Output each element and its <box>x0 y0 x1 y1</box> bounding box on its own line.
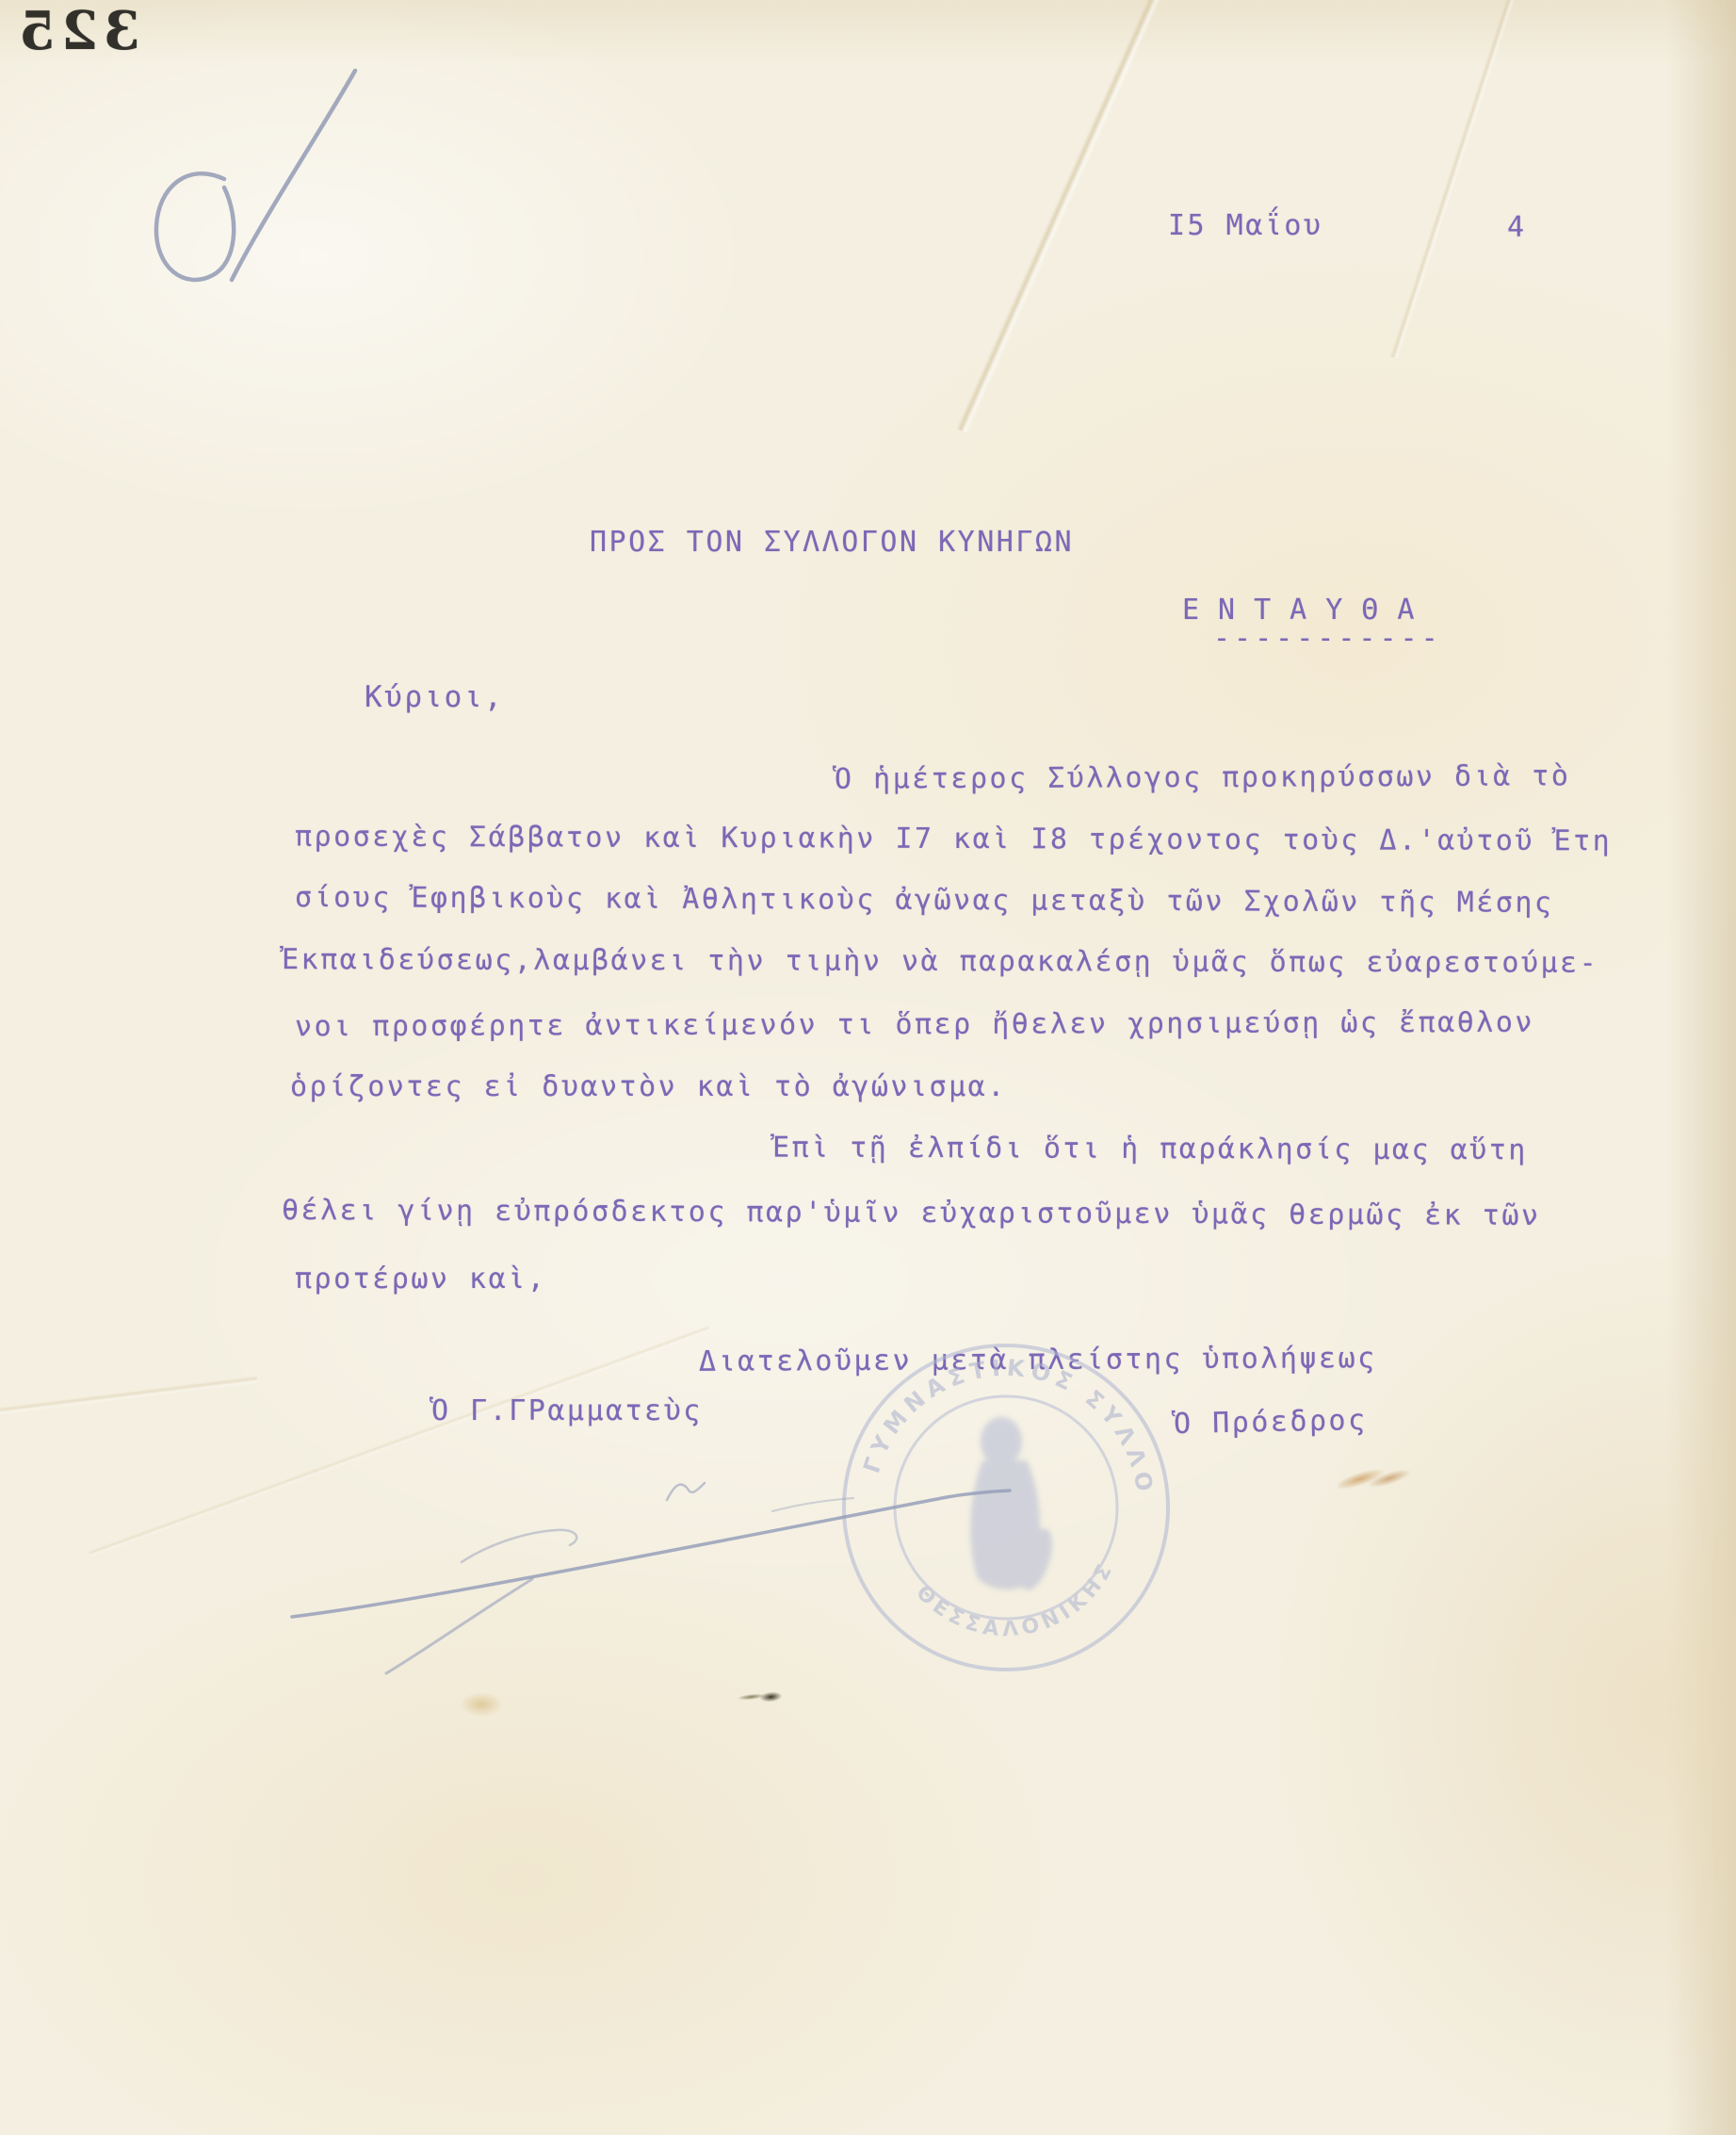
body-line: προτέρων καὶ, <box>295 1263 546 1296</box>
handwritten-signature <box>245 1451 1017 1715</box>
signature-title-president: Ὁ Πρόεδρος <box>1174 1404 1368 1441</box>
location-underline: ----------- <box>1213 622 1442 655</box>
body-line: θέλει γίνῃ εὐπρόσδεκτος παρ'ὑμῖν εὐχαρισ… <box>282 1194 1541 1232</box>
ink-smudge <box>1333 1449 1420 1507</box>
paper-crease <box>1389 0 1520 359</box>
scanned-letter-page: 325 I5 Μαΐου 4 ΠΡΟΣ ΤΟΝ ΣΥΛΛΟΓΟΝ ΚΥΝΗΓΩΝ… <box>0 0 1736 2135</box>
body-line: νοι προσφέρητε ἀντικείμενόν τι ὅπερ ἤθελ… <box>295 1006 1534 1044</box>
letter-date-number: 4 <box>1507 211 1524 244</box>
letter-date: I5 Μαΐου <box>1168 209 1323 242</box>
paper-stain <box>460 1692 503 1717</box>
body-line: Ἐκπαιδεύσεως,λαμβάνει τὴν τιμὴν νὰ παρακ… <box>282 943 1598 980</box>
body-line: ὁρίζοντες εἰ δυαντὸν καὶ τὸ ἀγώνισμα. <box>290 1070 1007 1103</box>
recipient-line: ΠΡΟΣ ΤΟΝ ΣΥΛΛΟΓΟΝ ΚΥΝΗΓΩΝ <box>590 526 1074 559</box>
signature-title-secretary: Ὁ Γ.ΓΡαμματεὺς <box>431 1394 703 1427</box>
paper-crease <box>956 0 1167 433</box>
body-line: Ἐπὶ τῇ ἐλπίδι ὅτι ἡ παράκλησίς μας αὕτη <box>772 1132 1528 1167</box>
pencil-check-mark <box>0 0 396 320</box>
body-line: σίους Ἐφηβικοὺς καὶ Ἀθλητικοὺς ἀγῶνας με… <box>295 881 1554 920</box>
salutation: Κύριοι, <box>365 680 504 714</box>
body-line: Ὁ ἡμέτερος Σύλλογος προκηρύσσων διὰ τὸ <box>835 759 1570 795</box>
paper-crease <box>0 1376 257 1432</box>
body-line: προσεχὲς Σάββατον καὶ Κυριακὴν I7 καὶ I8… <box>295 821 1612 858</box>
